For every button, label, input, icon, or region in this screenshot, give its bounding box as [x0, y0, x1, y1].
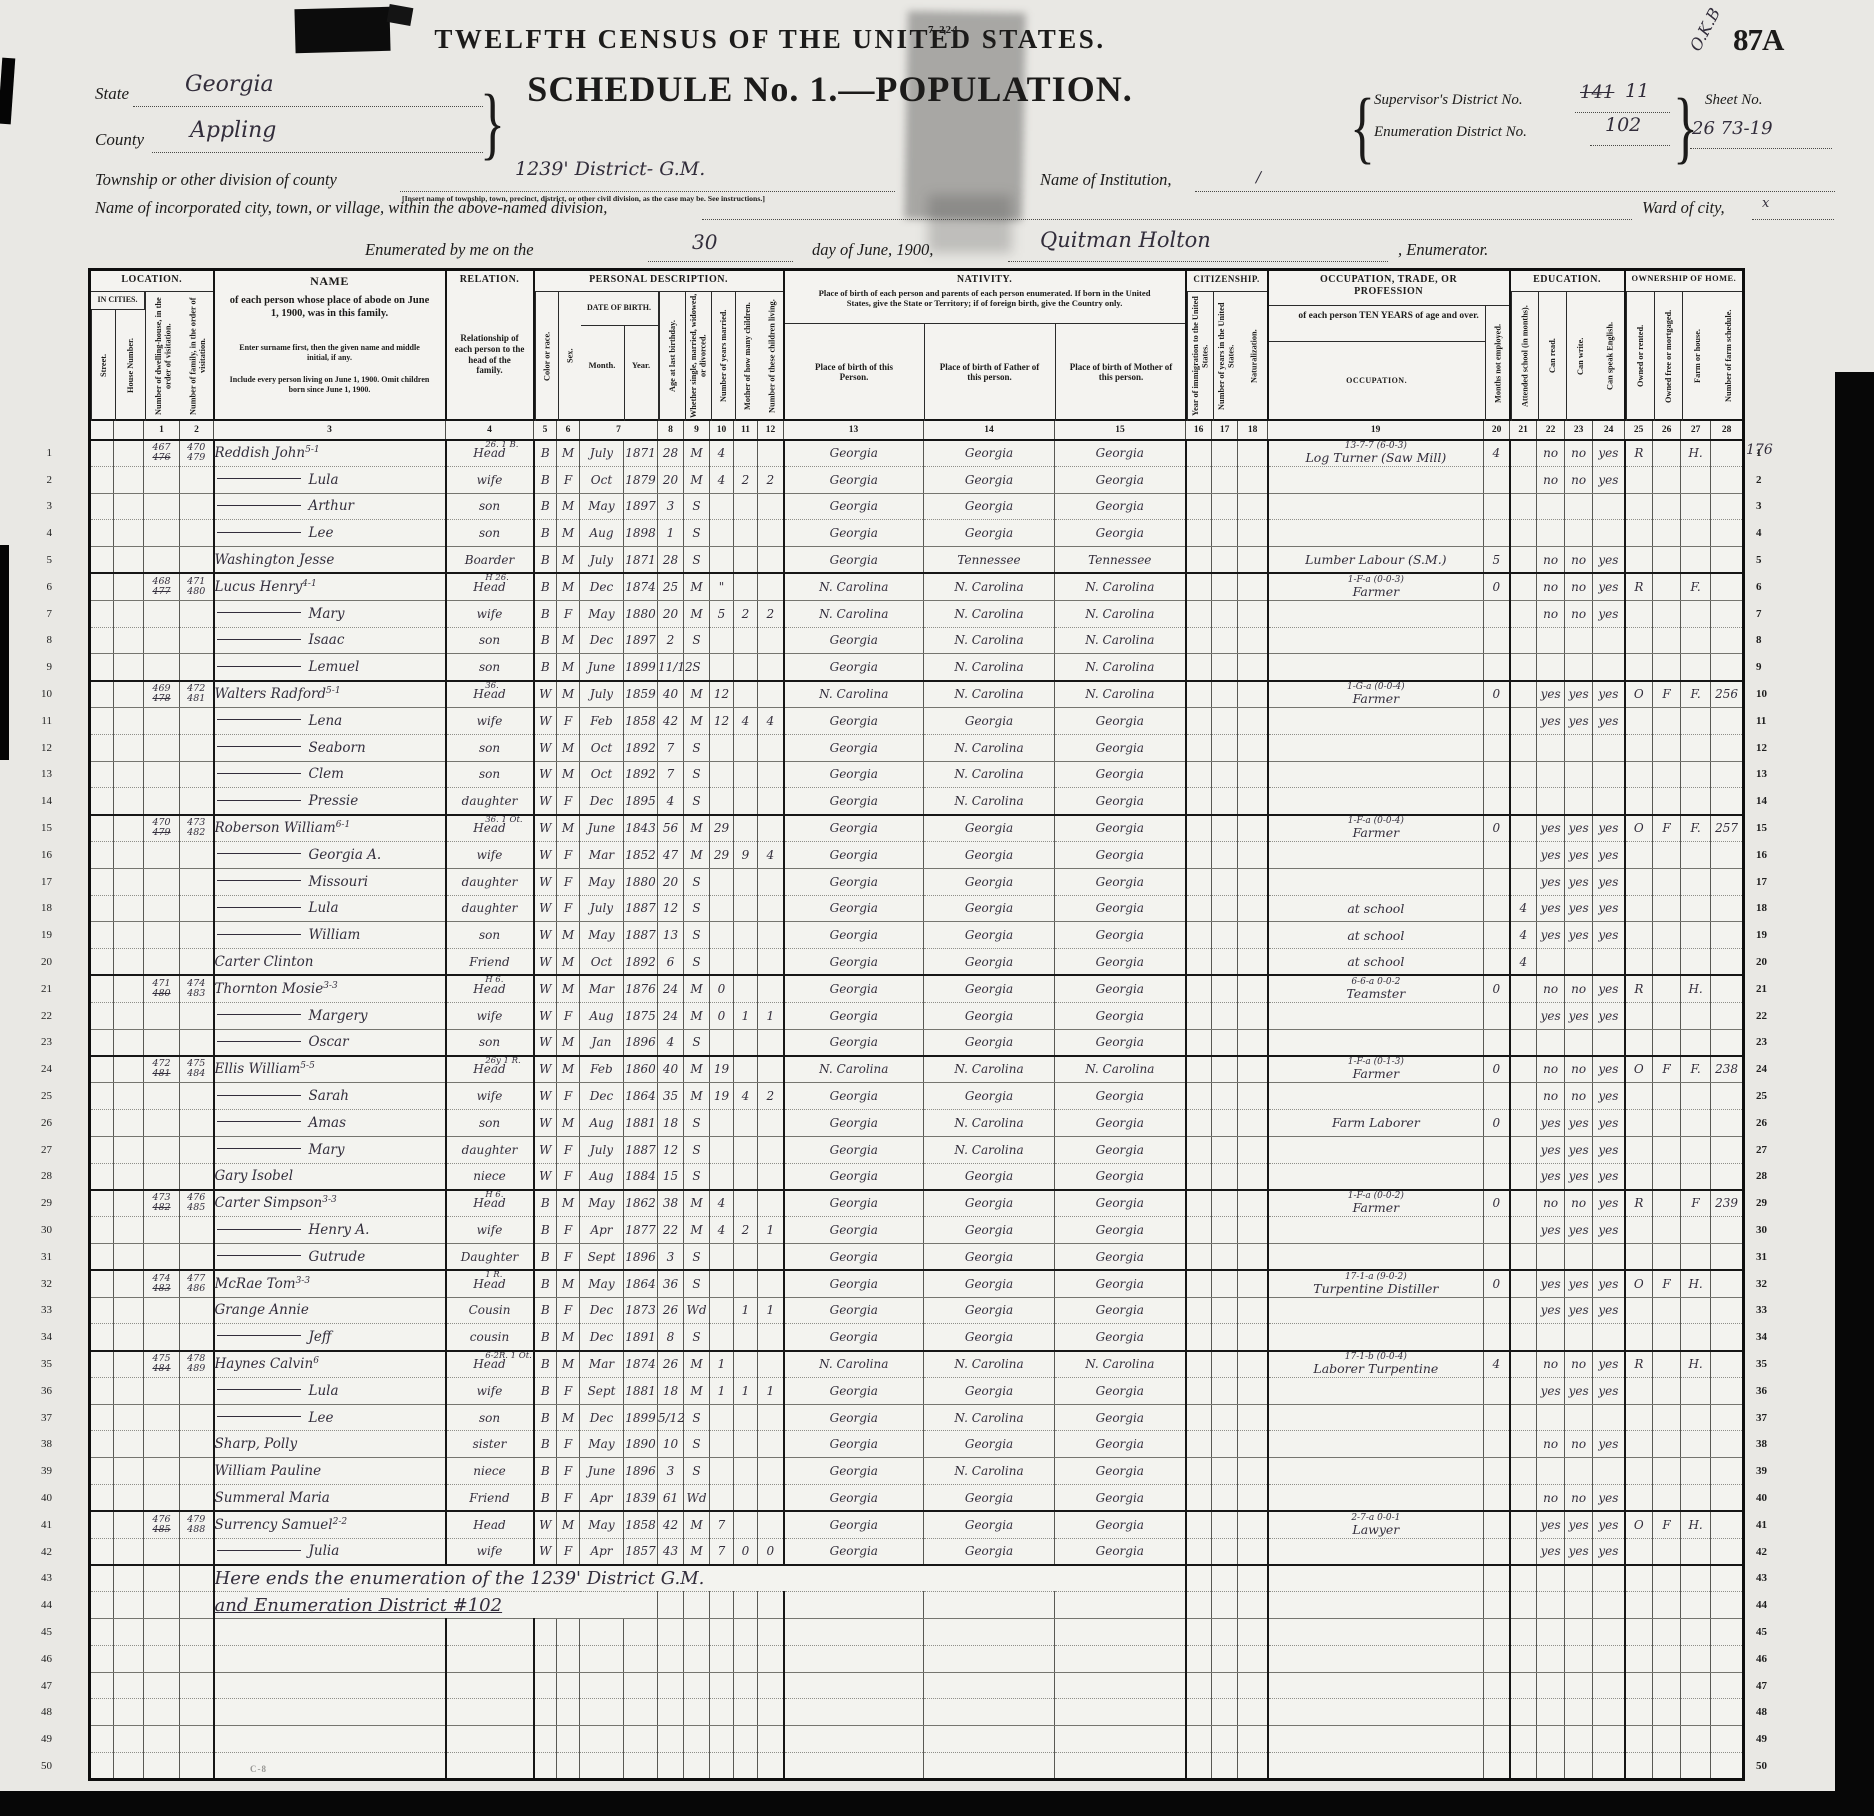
cell-occ — [1268, 761, 1484, 788]
cell-age: 3 — [658, 493, 684, 520]
cell-s: M — [557, 493, 580, 520]
cell-m: S — [684, 734, 710, 761]
cell-wr — [1565, 1645, 1593, 1672]
cell-c: B — [534, 1431, 557, 1458]
cell-bm: May — [580, 1431, 624, 1458]
line-number-right: 15 — [1750, 815, 1786, 842]
cell-fbp: N. Carolina — [924, 761, 1055, 788]
table-row: MarydaughterWFJuly188712SGeorgiaN. Carol… — [90, 1136, 1744, 1163]
cell-bp: Georgia — [784, 1083, 924, 1110]
cell-mo: 9 — [734, 841, 758, 868]
cell-wr: yes — [1565, 1002, 1593, 1029]
cell-age: 11/12 — [658, 654, 684, 681]
cell-m: S — [684, 547, 710, 574]
cell-en — [1593, 949, 1625, 976]
cell-mo — [734, 1619, 758, 1646]
cell-by: 1887 — [624, 895, 658, 922]
cell-wr: yes — [1565, 1163, 1593, 1190]
cell-house — [114, 1163, 144, 1190]
scan-edge-bottom — [0, 1791, 1874, 1816]
cell-mbp: Georgia — [1055, 440, 1186, 467]
cell-bm — [580, 1619, 624, 1646]
cell-mo — [734, 788, 758, 815]
cell-fh — [1681, 1699, 1711, 1726]
cell-own — [1625, 1645, 1653, 1672]
cell-rd — [1537, 1699, 1565, 1726]
cell-occ — [1268, 734, 1484, 761]
cell-occ — [1268, 1243, 1484, 1270]
cell-house — [114, 1645, 144, 1672]
cell-fh — [1681, 627, 1711, 654]
table-row — [90, 1672, 1744, 1699]
cell-house — [114, 1136, 144, 1163]
cell-yus — [1212, 440, 1238, 467]
cell-nat — [1238, 1753, 1268, 1780]
cell-en: yes — [1593, 1431, 1625, 1458]
cell-rel: H 26.Head — [446, 573, 534, 600]
cell-wr — [1565, 1592, 1593, 1619]
cell-bm: Mar — [580, 975, 624, 1002]
cell-age: 38 — [658, 1190, 684, 1217]
cell-name: Lula — [214, 895, 446, 922]
cell-sch — [1510, 1699, 1537, 1726]
col-number: 13 — [784, 420, 924, 440]
col-number: 14 — [924, 420, 1055, 440]
cell-mne — [1484, 1431, 1510, 1458]
cell-sch — [1510, 681, 1537, 708]
line-number-right: 50 — [1750, 1753, 1786, 1780]
cell-cl — [758, 1351, 784, 1378]
cell-fh — [1681, 788, 1711, 815]
cell-name — [214, 1753, 446, 1780]
cell-bm: May — [580, 1190, 624, 1217]
cell-bp: N. Carolina — [784, 681, 924, 708]
cell-mne — [1484, 868, 1510, 895]
cell-imm — [1186, 841, 1212, 868]
cell-en — [1593, 520, 1625, 547]
cell-fm — [1653, 1163, 1681, 1190]
cell-ym: 19 — [710, 1083, 734, 1110]
cell-house — [114, 1592, 144, 1619]
cell-fs — [1711, 1297, 1744, 1324]
cell-name: Lucus Henry4-1 — [214, 573, 446, 600]
cell-imm — [1186, 1726, 1212, 1753]
cell-fbp: Georgia — [924, 1190, 1055, 1217]
cell-by: 1874 — [624, 1351, 658, 1378]
cell-m — [684, 1672, 710, 1699]
cell-name — [214, 1672, 446, 1699]
cell-wr: no — [1565, 440, 1593, 467]
cell-name: Carter Clinton — [214, 949, 446, 976]
cell-sch — [1510, 1565, 1537, 1592]
cell-s: F — [557, 1297, 580, 1324]
cell-nat — [1238, 1511, 1268, 1538]
cell-imm — [1186, 949, 1212, 976]
table-row: LemuelsonBMJune189911/12SGeorgiaN. Carol… — [90, 654, 1744, 681]
cell-ym — [710, 1699, 734, 1726]
cell-by: 1876 — [624, 975, 658, 1002]
cell-name: Seaborn — [214, 734, 446, 761]
cell-name: Walters Radford5-1 — [214, 681, 446, 708]
cell-mo — [734, 815, 758, 842]
line-number-right: 19 — [1750, 922, 1786, 949]
cell-fm: F — [1653, 681, 1681, 708]
cell-m: M — [684, 1056, 710, 1083]
cell-c: B — [534, 1217, 557, 1244]
cell-imm — [1186, 1243, 1212, 1270]
cell-cl: 1 — [758, 1377, 784, 1404]
cell-fs — [1711, 1565, 1744, 1592]
cell-m — [684, 1592, 710, 1619]
line-number-left: 10 — [20, 681, 56, 708]
cell-c: W — [534, 1083, 557, 1110]
cell-fam — [180, 1726, 214, 1753]
cell-en: yes — [1593, 1163, 1625, 1190]
table-row: JuliawifeWFApr185743M700GeorgiaGeorgiaGe… — [90, 1538, 1744, 1565]
line-number-left: 30 — [20, 1217, 56, 1244]
cell-fh: F. — [1681, 1056, 1711, 1083]
cell-house — [114, 707, 144, 734]
cell-occ: 17-1-b (0-0-4)Laborer Turpentine — [1268, 1351, 1484, 1378]
cell-s — [557, 1619, 580, 1646]
cell-by: 1887 — [624, 1136, 658, 1163]
cell-house — [114, 654, 144, 681]
cell-ym — [710, 761, 734, 788]
cell-c: B — [534, 600, 557, 627]
cell-rd: yes — [1537, 707, 1565, 734]
cell-fm — [1653, 1377, 1681, 1404]
cell-occ: Farm Laborer — [1268, 1109, 1484, 1136]
line-number-right: 37 — [1750, 1404, 1786, 1431]
cell-fbp — [924, 1672, 1055, 1699]
cell-fh — [1681, 600, 1711, 627]
cell-bp: Georgia — [784, 815, 924, 842]
cell-c — [534, 1672, 557, 1699]
cell-ym — [710, 627, 734, 654]
line-number-right: 21 — [1750, 975, 1786, 1002]
cell-m: M — [684, 1190, 710, 1217]
cell-mo — [734, 440, 758, 467]
cell-m: S — [684, 1270, 710, 1297]
cell-by: 1891 — [624, 1324, 658, 1351]
cell-street — [90, 1056, 114, 1083]
cell-sch — [1510, 841, 1537, 868]
cell-own — [1625, 1699, 1653, 1726]
cell-bp: Georgia — [784, 1297, 924, 1324]
cell-s: F — [557, 1458, 580, 1485]
cell-rel: son — [446, 1404, 534, 1431]
cell-fh — [1681, 1324, 1711, 1351]
district-value: 102 — [1605, 114, 1641, 136]
cell-fam — [180, 1645, 214, 1672]
cell-sch: 4 — [1510, 895, 1537, 922]
cell-yus — [1212, 1109, 1238, 1136]
table-row: Henry A.wifeBFApr187722M421GeorgiaGeorgi… — [90, 1217, 1744, 1244]
cell-mo — [734, 520, 758, 547]
cell-fbp: Georgia — [924, 1431, 1055, 1458]
end-note-2: and Enumeration District #102 — [214, 1592, 658, 1619]
cell-nat — [1238, 1190, 1268, 1217]
cell-yus — [1212, 1163, 1238, 1190]
cell-s: F — [557, 600, 580, 627]
line-number-left: 28 — [20, 1163, 56, 1190]
cell-mo — [734, 975, 758, 1002]
cell-yus — [1212, 547, 1238, 574]
cell-occ — [1268, 1083, 1484, 1110]
cell-fm — [1653, 1726, 1681, 1753]
cell-ym: 7 — [710, 1538, 734, 1565]
cell-s: M — [557, 922, 580, 949]
cell-fbp: N. Carolina — [924, 1056, 1055, 1083]
cell-rd: yes — [1537, 868, 1565, 895]
cell-c: B — [534, 440, 557, 467]
cell-ym: 29 — [710, 841, 734, 868]
cell-name: Amas — [214, 1109, 446, 1136]
cell-street — [90, 1592, 114, 1619]
cell-sch — [1510, 1672, 1537, 1699]
cell-sch — [1510, 815, 1537, 842]
cell-dw — [144, 1217, 180, 1244]
cell-rel: H 6.Head — [446, 1190, 534, 1217]
cell-fs — [1711, 1699, 1744, 1726]
cell-sch — [1510, 1002, 1537, 1029]
cell-mne — [1484, 520, 1510, 547]
cell-nat — [1238, 975, 1268, 1002]
cell-rd — [1537, 734, 1565, 761]
cell-cl — [758, 1109, 784, 1136]
cell-rd — [1537, 1029, 1565, 1056]
cell-street — [90, 1726, 114, 1753]
cell-name: Lemuel — [214, 654, 446, 681]
cell-name: Sarah — [214, 1083, 446, 1110]
cell-fh: H. — [1681, 440, 1711, 467]
cell-ym — [710, 1458, 734, 1485]
col-label: Street. — [91, 309, 115, 421]
cell-nat — [1238, 1645, 1268, 1672]
cell-yus — [1212, 1458, 1238, 1485]
cell-age: 13 — [658, 922, 684, 949]
cell-s: M — [557, 1324, 580, 1351]
cell-mne — [1484, 895, 1510, 922]
cell-name — [214, 1726, 446, 1753]
cell-fs: 256 — [1711, 681, 1744, 708]
col-label: Farm or house. — [1682, 291, 1712, 421]
cell-sch — [1510, 1217, 1537, 1244]
table-row: 476485479488Surrency Samuel2-2HeadWMMay1… — [90, 1511, 1744, 1538]
township-value: 1239' District- G.M. — [515, 158, 705, 180]
cell-mbp: Georgia — [1055, 1511, 1186, 1538]
cell-occ: 1-F-a (0-0-2)Farmer — [1268, 1190, 1484, 1217]
cell-yus — [1212, 761, 1238, 788]
table-row: and Enumeration District #102 — [90, 1592, 1744, 1619]
cell-occ — [1268, 1029, 1484, 1056]
cell-cl — [758, 1056, 784, 1083]
enumerator-label: , Enumerator. — [1398, 240, 1488, 260]
cell-fs — [1711, 895, 1744, 922]
cell-mne — [1484, 1565, 1510, 1592]
cell-street — [90, 975, 114, 1002]
cell-by — [624, 1726, 658, 1753]
line-number-left: 34 — [20, 1324, 56, 1351]
cell-nat — [1238, 707, 1268, 734]
cell-bm — [580, 1753, 624, 1780]
cell-age: 3 — [658, 1458, 684, 1485]
cell-mne: 0 — [1484, 1056, 1510, 1083]
cell-street — [90, 707, 114, 734]
cell-rel — [446, 1753, 534, 1780]
cell-ym: 29 — [710, 815, 734, 842]
census-table-wrap: LOCATION. IN CITIES. Street.House Number… — [88, 268, 1745, 1781]
cell-yus — [1212, 895, 1238, 922]
cell-occ: 1-G-a (0-0-4)Farmer — [1268, 681, 1484, 708]
cell-ym — [710, 1163, 734, 1190]
cell-dw — [144, 1672, 180, 1699]
cell-by: 1858 — [624, 707, 658, 734]
cell-wr: yes — [1565, 681, 1593, 708]
line-number-left: 26 — [20, 1109, 56, 1136]
cell-fs: 238 — [1711, 1056, 1744, 1083]
line-number-left: 18 — [20, 895, 56, 922]
cell-s — [557, 1726, 580, 1753]
cell-en — [1593, 788, 1625, 815]
cell-mo: 1 — [734, 1002, 758, 1029]
cell-age — [658, 1619, 684, 1646]
cell-m: M — [684, 707, 710, 734]
cell-m: S — [684, 788, 710, 815]
line-number-right: 14 — [1750, 788, 1786, 815]
enum-day-line — [648, 261, 793, 262]
cell-street — [90, 654, 114, 681]
cell-imm — [1186, 815, 1212, 842]
table-row: 469478472481Walters Radford5-136.HeadWMJ… — [90, 681, 1744, 708]
cell-ym — [710, 949, 734, 976]
cell-fam — [180, 1083, 214, 1110]
cell-cl — [758, 895, 784, 922]
enum-mid-label: day of June, 1900, — [812, 240, 933, 260]
cell-dw: 469478 — [144, 681, 180, 708]
table-row: OscarsonWMJan18964SGeorgiaGeorgiaGeorgia — [90, 1029, 1744, 1056]
cell-yus — [1212, 1619, 1238, 1646]
line-number-right: 28 — [1750, 1163, 1786, 1190]
cell-fm — [1653, 868, 1681, 895]
cell-fam — [180, 841, 214, 868]
cell-imm — [1186, 627, 1212, 654]
cell-en: yes — [1593, 466, 1625, 493]
cell-occ — [1268, 493, 1484, 520]
cell-yus — [1212, 815, 1238, 842]
cell-ym — [710, 1619, 734, 1646]
cell-mo — [734, 1404, 758, 1431]
cell-fbp: Georgia — [924, 1029, 1055, 1056]
cell-m: S — [684, 1109, 710, 1136]
line-number-right: 18 — [1750, 895, 1786, 922]
cell-street — [90, 681, 114, 708]
cell-own — [1625, 1029, 1653, 1056]
cell-dw: 475484 — [144, 1351, 180, 1378]
col-number: 4 — [446, 420, 534, 440]
cell-own — [1625, 1324, 1653, 1351]
census-table: LOCATION. IN CITIES. Street.House Number… — [88, 268, 1745, 1781]
cell-bp: Georgia — [784, 949, 924, 976]
cell-imm — [1186, 1592, 1212, 1619]
cell-fbp — [924, 1645, 1055, 1672]
cell-fm — [1653, 1136, 1681, 1163]
cell-rd: no — [1537, 440, 1565, 467]
line-number-right: 45 — [1750, 1619, 1786, 1646]
table-row: LulawifeBFOct187920M422GeorgiaGeorgiaGeo… — [90, 466, 1744, 493]
cell-own — [1625, 1619, 1653, 1646]
cell-fs — [1711, 734, 1744, 761]
cell-en: yes — [1593, 868, 1625, 895]
cell-s: M — [557, 654, 580, 681]
cell-occ: 6-6-a 0-0-2Teamster — [1268, 975, 1484, 1002]
cell-fam — [180, 1753, 214, 1780]
cell-mo — [734, 1511, 758, 1538]
cell-fam — [180, 1565, 214, 1592]
cell-fs — [1711, 868, 1744, 895]
cell-m: M — [684, 1217, 710, 1244]
cell-mbp: N. Carolina — [1055, 654, 1186, 681]
district-label: Enumeration District No. — [1374, 124, 1527, 141]
state-line — [133, 106, 483, 107]
cell-fbp: Tennessee — [924, 547, 1055, 574]
cell-c: B — [534, 1190, 557, 1217]
line-number-left: 43 — [20, 1565, 56, 1592]
cell-mbp — [1055, 1726, 1186, 1753]
cell-mbp: Georgia — [1055, 1029, 1186, 1056]
cell-house — [114, 440, 144, 467]
cell-fm — [1653, 1485, 1681, 1512]
cell-occ — [1268, 1404, 1484, 1431]
cell-fs — [1711, 1619, 1744, 1646]
line-number-left: 1 — [20, 440, 56, 467]
cell-rel: H 6.Head — [446, 975, 534, 1002]
cell-fh — [1681, 1297, 1711, 1324]
cell-rel: son — [446, 493, 534, 520]
line-number-left: 8 — [20, 627, 56, 654]
cell-en: yes — [1593, 1002, 1625, 1029]
cell-mbp: Georgia — [1055, 466, 1186, 493]
group-personal: PERSONAL DESCRIPTION. Color or race.Sex.… — [534, 270, 784, 420]
cell-mne — [1484, 600, 1510, 627]
cell-fs — [1711, 975, 1744, 1002]
cell-fh — [1681, 841, 1711, 868]
cell-en: yes — [1593, 1217, 1625, 1244]
table-row: Sharp, PollysisterBFMay189010SGeorgiaGeo… — [90, 1431, 1744, 1458]
cell-fh — [1681, 1217, 1711, 1244]
cell-mbp — [1055, 1592, 1186, 1619]
cell-yus — [1212, 1565, 1238, 1592]
cell-fm — [1653, 1324, 1681, 1351]
col-label: Months not employed. — [1485, 305, 1511, 421]
cell-own — [1625, 1109, 1653, 1136]
cell-fbp — [924, 1753, 1055, 1780]
cell-by: 1897 — [624, 627, 658, 654]
cell-cl — [758, 734, 784, 761]
cell-by: 1871 — [624, 440, 658, 467]
cell-mne: 0 — [1484, 1109, 1510, 1136]
cell-wr — [1565, 1726, 1593, 1753]
cell-wr — [1565, 1565, 1593, 1592]
cell-bp: Georgia — [784, 1377, 924, 1404]
cell-name: Henry A. — [214, 1217, 446, 1244]
cell-s: M — [557, 1029, 580, 1056]
cell-nat — [1238, 627, 1268, 654]
cell-fh — [1681, 1083, 1711, 1110]
cell-own — [1625, 1431, 1653, 1458]
group-name: NAME of each person whose place of abode… — [214, 270, 446, 420]
cell-fam — [180, 600, 214, 627]
